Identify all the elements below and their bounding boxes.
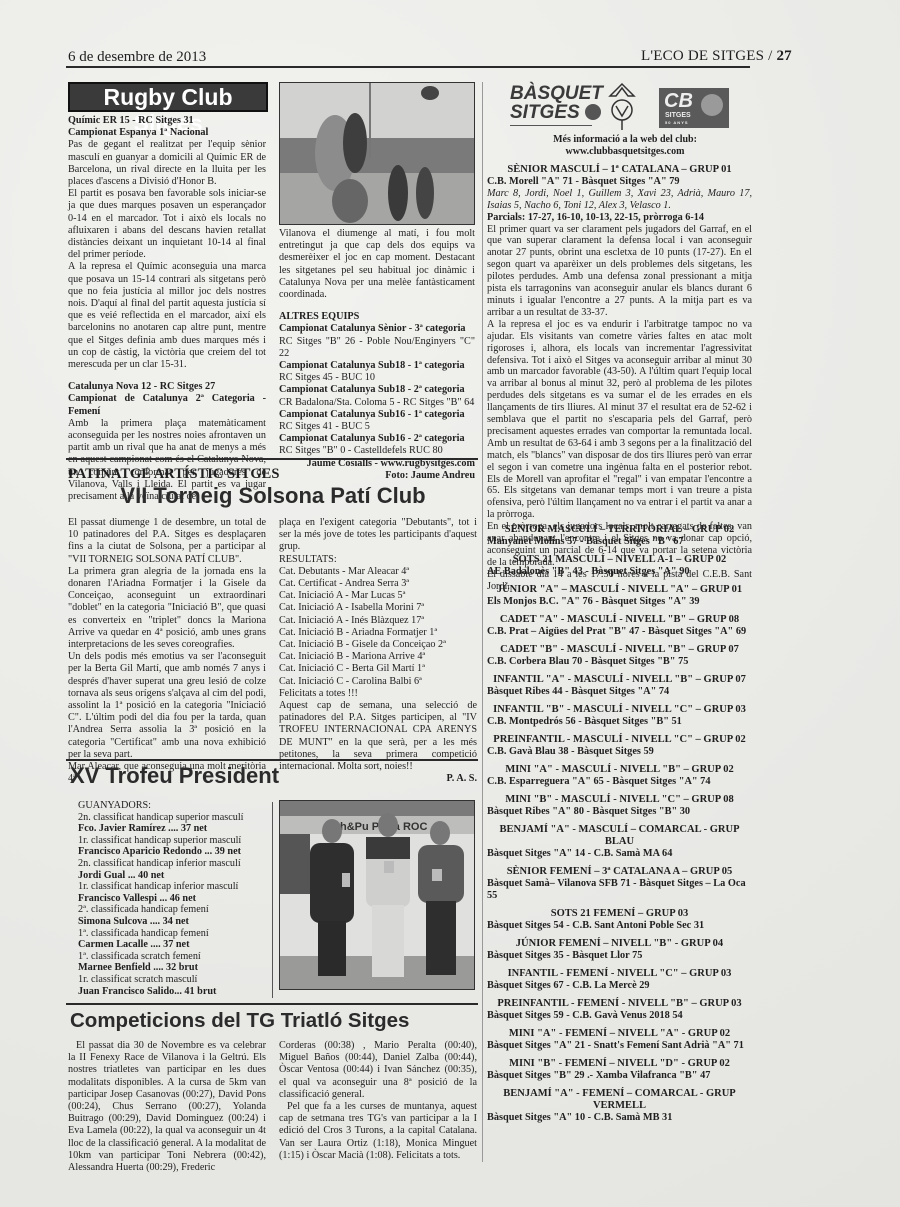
- result-heading: JÚNIOR FEMENÍ – NIVELL "B" - GRUP 04: [487, 938, 752, 950]
- result-score: C.B. Prat – Aigües del Prat "B" 47 - Bàs…: [487, 626, 752, 638]
- result-heading: CADET "B" - MASCULÍ - NIVELL "B" – GRUP …: [487, 644, 752, 656]
- other-result: RC Sitges "B" 0 - Castelldefels RUC 80: [279, 445, 475, 457]
- result-line: Cat. Iniciació A - Mar Lucas 5ª: [279, 590, 477, 602]
- result-block: PREINFANTIL - MASCULÍ - NIVELL "C" – GRU…: [487, 734, 752, 758]
- result-heading: SÈNIOR MASCULÍ – 1ª CATALANA – GRUP 01: [487, 164, 752, 176]
- issue-date: 6 de desembre de 2013: [68, 49, 206, 66]
- winner-name: Francisco Aparicio Redondo ... 39 net: [78, 846, 268, 858]
- winner-name: Francisco Vallespi ... 46 net: [78, 893, 268, 905]
- patinatge-paragraph: La primera gran alegria de la jornada en…: [68, 566, 266, 651]
- other-result: RC Sitges "B" 26 - Poble Nou/Enginyers "…: [279, 336, 475, 360]
- patinatge-kicker: PATINATGE ARTÍSTIC SITGES: [68, 466, 279, 483]
- result-score: Bàsquet Sitges 54 - C.B. Sant Antoni Pob…: [487, 920, 752, 932]
- result-block: JÚNIOR FEMENÍ – NIVELL "B" - GRUP 04Bàsq…: [487, 938, 752, 962]
- rugby-column-1: Químic ER 15 - RC Sitges 31 Campionat Es…: [68, 115, 266, 503]
- result-heading: MINI "A" - MASCULÍ - NIVELL "B" – GRUP 0…: [487, 764, 752, 776]
- other-result: CR Badalona/Sta. Coloma 5 - RC Sitges "B…: [279, 397, 475, 409]
- patinatge-paragraph: Un dels podis més emotius va ser l'acons…: [68, 651, 266, 761]
- basquet-results-list: SÈNIOR MASCULÍ – TERRITORIAL – GRUP 02Ma…: [487, 524, 752, 1124]
- basketball-icon: [585, 104, 601, 120]
- result-line: Cat. Iniciació C - Carolina Balbi 6ª: [279, 676, 477, 688]
- result-heading: BENJAMÍ "A" - FEMENÍ – COMARCAL - GRUP V…: [487, 1088, 752, 1112]
- result-score: Bàsquet Sitges "A" 10 - C.B. Samà MB 31: [487, 1112, 752, 1124]
- page-number: 27: [776, 48, 791, 64]
- result-score: Bàsquet Sitges "A" 14 - C.B. Samà MA 64: [487, 848, 752, 860]
- winners-heading: GUANYADORS:: [78, 800, 268, 812]
- basketball-icon: [701, 94, 723, 116]
- result-line: Cat. Iniciació A - Isabella Morini 7ª: [279, 602, 477, 614]
- result-score: C.B. Gavà Blau 38 - Bàsquet Sitges 59: [487, 746, 752, 758]
- main-players: Marc 8, Jordi, Noel 1, Guillem 3, Xavi 2…: [487, 188, 752, 212]
- result-block: BENJAMÍ "A" - FEMENÍ – COMARCAL - GRUP V…: [487, 1088, 752, 1124]
- result-heading: PREINFANTIL - MASCULÍ - NIVELL "C" – GRU…: [487, 734, 752, 746]
- result-block: INFANTIL "A" - MASCULÍ - NIVELL "B" – GR…: [487, 674, 752, 698]
- section-divider: [66, 1003, 478, 1005]
- result-line: Cat. Iniciació B - Gisele da Conceiçao 2…: [279, 639, 477, 651]
- result-heading: INFANTIL "A" - MASCULÍ - NIVELL "B" – GR…: [487, 674, 752, 686]
- winner-category: 1ª. classificada handicap femení: [78, 928, 268, 940]
- result-line: Cat. Certificat - Andrea Serra 3ª: [279, 578, 477, 590]
- result-block: INFANTIL - FEMENÍ - NIVELL "C" – GRUP 03…: [487, 968, 752, 992]
- triatlo-title: Competicions del TG Triatló Sitges: [70, 1009, 409, 1033]
- result-block: MINI "B" - FEMENÍ – NIVELL "D" - GRUP 02…: [487, 1058, 752, 1082]
- result-block: CADET "A" - MASCULÍ - NIVELL "B" – GRUP …: [487, 614, 752, 638]
- triatlo-paragraph: Corderas (00:38) , Mario Peralta (00:40)…: [279, 1040, 477, 1101]
- match1-paragraph: Pas de gegant el realitzat per l'equip s…: [68, 139, 266, 188]
- result-score: Bàsquet Sitges 35 - Bàsquet Llor 75: [487, 950, 752, 962]
- match1-competition: Campionat Espanya 1ª Nacional: [68, 127, 266, 139]
- patinatge-column-2: plaça en l'exigent categoria "Debutants"…: [279, 517, 477, 785]
- result-heading: MINI "A" - FEMENÍ – NIVELL "A" - GRUP 02: [487, 1028, 752, 1040]
- match2-competition: Campionat de Catalunya 2ª Categoria - Fe…: [68, 393, 266, 417]
- winner-category: 1r. classificat handicap inferior mascul…: [78, 881, 268, 893]
- result-score: Bàsquet Samà– Vilanova SFB 71 - Bàsquet …: [487, 878, 752, 902]
- spacer: [279, 301, 475, 311]
- winner-category: 1r. classificat handicap superior mascul…: [78, 835, 268, 847]
- result-heading: SÈNIOR FEMENÍ – 3ª CATALANA A – GRUP 05: [487, 866, 752, 878]
- photo-credit-text: Foto: Jaume Andreu: [385, 470, 475, 481]
- result-heading: CADET "A" - MASCULÍ - NIVELL "B" – GRUP …: [487, 614, 752, 626]
- basquet-sitges-logo: BÀSQUET SITGES: [510, 84, 610, 126]
- result-block: SÈNIOR MASCULÍ – TERRITORIAL – GRUP 02Ma…: [487, 524, 752, 548]
- logo-underline: [510, 125, 592, 126]
- winner-category: 2n. classificat handicap inferior mascul…: [78, 858, 268, 870]
- patinatge-paragraph: plaça en l'exigent categoria "Debutants"…: [279, 517, 477, 554]
- result-heading: BENJAMÍ "A" - MASCULÍ – COMARCAL - GRUP …: [487, 824, 752, 848]
- result-score: Bàsquet Sitges 59 - C.B. Gavà Venus 2018…: [487, 1010, 752, 1022]
- winner-name: Juan Francisco Salido... 41 brut: [78, 986, 268, 998]
- match1-title: Químic ER 15 - RC Sitges 31: [68, 115, 266, 127]
- result-heading: JÚNIOR "A" – MASCULÍ - NIVELL "A" – GRUP…: [487, 584, 752, 596]
- cb-logo-main: CB: [664, 90, 693, 113]
- main-partials: Parcials: 17-27, 16-10, 10-13, 22-15, pr…: [487, 212, 752, 224]
- result-line: Cat. Iniciació C - Berta Gil Martí 1ª: [279, 663, 477, 675]
- result-block: SÈNIOR FEMENÍ – 3ª CATALANA A – GRUP 05B…: [487, 866, 752, 902]
- result-heading: INFANTIL "B" - MASCULÍ - NIVELL "C" – GR…: [487, 704, 752, 716]
- trofeu-winners: GUANYADORS: 2n. classificat handicap sup…: [78, 800, 268, 997]
- section-divider: [66, 458, 478, 460]
- trofeu-photo-illustration: h&Pu Porta ROC: [280, 801, 475, 990]
- others-heading: ALTRES EQUIPS: [279, 311, 475, 323]
- other-result: RC Sitges 45 - BUC 10: [279, 372, 475, 384]
- logo-text-sitges: SITGES: [510, 103, 610, 122]
- result-score: Bàsquet Sitges "A" 21 - Snatt's Femení S…: [487, 1040, 752, 1052]
- result-line: Cat. Iniciació B - Ariadna Formatjer 1ª: [279, 627, 477, 639]
- triatlo-paragraph: Pel que fa a les curses de muntanya, aqu…: [279, 1101, 477, 1162]
- match1-paragraph: A la represa el Químic aconseguia una ma…: [68, 261, 266, 371]
- website-link[interactable]: www.clubbasquetsitges.com: [490, 146, 760, 158]
- winner-category: 2n. classificat handicap superior mascul…: [78, 812, 268, 824]
- winner-name: Simona Sulcova .... 34 net: [78, 916, 268, 928]
- result-score: Bàsquet Ribes "A" 80 - Bàsquet Sitges "B…: [487, 806, 752, 818]
- main-paragraph: A la represa el joc es va endurir i l'ar…: [487, 319, 752, 521]
- match2-title: Catalunya Nova 12 - RC Sitges 27: [68, 381, 266, 393]
- result-score: Bàsquet Sitges "B" 29 .- Xamba Vilafranc…: [487, 1070, 752, 1082]
- results-heading: RESULTATS:: [279, 554, 477, 566]
- result-score: Manyanet Molins 57 - Bàsquet Sitges "B" …: [487, 536, 752, 548]
- rugby-column-2: Vilanova el diumenge al matí, i fou molt…: [279, 228, 475, 482]
- triatlo-paragraph: El passat dia 30 de Novembre es va celeb…: [68, 1040, 266, 1174]
- result-score: Els Monjos B.C. "A" 76 - Bàsquet Sitges …: [487, 596, 752, 608]
- winner-name: Jordi Gual ... 40 net: [78, 870, 268, 882]
- other-competition: Campionat Catalunya Sub18 - 1ª categoria: [279, 360, 475, 372]
- congrats-line: Felicitats a totes !!!: [279, 688, 477, 700]
- other-competition: Campionat Catalunya Sènior - 3ª categori…: [279, 323, 475, 335]
- patinatge-paragraph: El passat diumenge 1 de desembre, un tot…: [68, 517, 266, 566]
- winner-category: 1r. classificat scratch masculí: [78, 974, 268, 986]
- result-block: SOTS 21 MASCULÍ – NIVELL A-1 – GRUP 02AE…: [487, 554, 752, 578]
- result-line: Cat. Iniciació B - Mariona Arrive 4ª: [279, 651, 477, 663]
- result-heading: INFANTIL - FEMENÍ - NIVELL "C" – GRUP 03: [487, 968, 752, 980]
- cb-logo-years: 50 ANYS: [665, 120, 689, 125]
- result-heading: PREINFANTIL - FEMENÍ - NIVELL "B" – GRUP…: [487, 998, 752, 1010]
- result-score: Bàsquet Ribes 44 - Bàsquet Sitges "A" 74: [487, 686, 752, 698]
- result-block: MINI "A" - MASCULÍ - NIVELL "B" – GRUP 0…: [487, 764, 752, 788]
- basquet-info: Més informació a la web del club: www.cl…: [490, 134, 760, 158]
- winner-name: Fco. Javier Ramírez .... 37 net: [78, 823, 268, 835]
- match2-paragraph: Vilanova el diumenge al matí, i fou molt…: [279, 228, 475, 301]
- result-block: MINI "A" - FEMENÍ – NIVELL "A" - GRUP 02…: [487, 1028, 752, 1052]
- rugby-lineout-photo: [279, 82, 475, 225]
- patinatge-paragraph: Aquest cap de semana, una selecció de pa…: [279, 700, 477, 773]
- spacer: [68, 371, 266, 381]
- winner-category: 1ª. classificada scratch femení: [78, 951, 268, 963]
- result-score: AE Badalonès "B" 43 - Bàsquet Sitges "A"…: [487, 566, 752, 578]
- result-line: Cat. Debutants - Mar Aleacar 4ª: [279, 566, 477, 578]
- trofeu-winners-photo: h&Pu Porta ROC: [279, 800, 475, 990]
- result-score: C.B. Corbera Blau 70 - Bàsquet Sitges "B…: [487, 656, 752, 668]
- triatlo-column-2: Corderas (00:38) , Mario Peralta (00:40)…: [279, 1040, 477, 1162]
- winner-category: 2ª. classificada handicap femení: [78, 904, 268, 916]
- logo-text-basquet: BÀSQUET: [510, 84, 610, 103]
- other-competition: Campionat Catalunya Sub16 - 1ª categoria: [279, 409, 475, 421]
- winner-name: Marnee Benfield .... 32 brut: [78, 962, 268, 974]
- result-block: BENJAMÍ "A" - MASCULÍ – COMARCAL - GRUP …: [487, 824, 752, 860]
- column-rule: [482, 82, 483, 1162]
- result-block: SOTS 21 FEMENÍ – GRUP 03Bàsquet Sitges 5…: [487, 908, 752, 932]
- main-result: C.B. Morell "A" 71 - Bàsquet Sitges "A" …: [487, 176, 752, 188]
- main-paragraph: El primer quart va ser clarament pels ju…: [487, 224, 752, 319]
- column-rule: [272, 802, 273, 998]
- cb-logo-sub: SITGES: [665, 112, 691, 119]
- result-heading: MINI "B" - MASCULÍ - NIVELL "C" – GRUP 0…: [487, 794, 752, 806]
- result-block: INFANTIL "B" - MASCULÍ - NIVELL "C" – GR…: [487, 704, 752, 728]
- publication-folio: L'ECO DE SITGES / 27: [641, 48, 792, 65]
- triatlo-column-1: El passat dia 30 de Novembre es va celeb…: [68, 1040, 266, 1174]
- patinatge-column-1: El passat diumenge 1 de desembre, un tot…: [68, 517, 266, 785]
- other-competition: Campionat Catalunya Sub18 - 2ª categoria: [279, 384, 475, 396]
- trofeu-title: XV Trofeu President: [70, 763, 279, 789]
- header-rule: [66, 66, 750, 68]
- result-line: Cat. Iniciació A - Inés Blàzquez 17ª: [279, 615, 477, 627]
- other-competition: Campionat Catalunya Sub16 - 2ª categoria: [279, 433, 475, 445]
- result-block: JÚNIOR "A" – MASCULÍ - NIVELL "A" – GRUP…: [487, 584, 752, 608]
- patinatge-signature: P. A. S.: [279, 773, 477, 785]
- publication-name: L'ECO DE SITGES /: [641, 48, 773, 64]
- result-score: Bàsquet Sitges 67 - C.B. La Mercè 29: [487, 980, 752, 992]
- newspaper-page: 6 de desembre de 2013 L'ECO DE SITGES / …: [0, 0, 900, 1207]
- rugby-photo-credit: Foto: Jaume Andreu: [279, 470, 475, 482]
- info-line: Més informació a la web del club:: [490, 134, 760, 146]
- result-heading: SOTS 21 MASCULÍ – NIVELL A-1 – GRUP 02: [487, 554, 752, 566]
- result-block: MINI "B" - MASCULÍ - NIVELL "C" – GRUP 0…: [487, 794, 752, 818]
- match1-paragraph: El partit es posava ben favorable sols i…: [68, 188, 266, 261]
- patinatge-title: VII Torneig Solsona Patí Club: [68, 483, 478, 509]
- other-result: RC Sitges 41 - BUC 5: [279, 421, 475, 433]
- winner-name: Carmen Lacalle .... 37 net: [78, 939, 268, 951]
- logo-sitges-word: SITGES: [510, 102, 580, 123]
- result-score: C.B. Montpedrós 56 - Bàsquet Sitges "B" …: [487, 716, 752, 728]
- club-crest-icon: [602, 82, 642, 132]
- rugby-photo-illustration: [280, 83, 475, 225]
- result-heading: MINI "B" - FEMENÍ – NIVELL "D" - GRUP 02: [487, 1058, 752, 1070]
- result-heading: SOTS 21 FEMENÍ – GRUP 03: [487, 908, 752, 920]
- result-heading: SÈNIOR MASCULÍ – TERRITORIAL – GRUP 02: [487, 524, 752, 536]
- section-divider: [66, 759, 478, 761]
- rugby-banner: Rugby Club Sitges: [68, 82, 268, 112]
- result-block: PREINFANTIL - FEMENÍ - NIVELL "B" – GRUP…: [487, 998, 752, 1022]
- result-score: C.B. Esparreguera "A" 65 - Bàsquet Sitge…: [487, 776, 752, 788]
- result-block: CADET "B" - MASCULÍ - NIVELL "B" – GRUP …: [487, 644, 752, 668]
- cb-sitges-50-anys-logo: CB SITGES 50 ANYS: [659, 88, 729, 128]
